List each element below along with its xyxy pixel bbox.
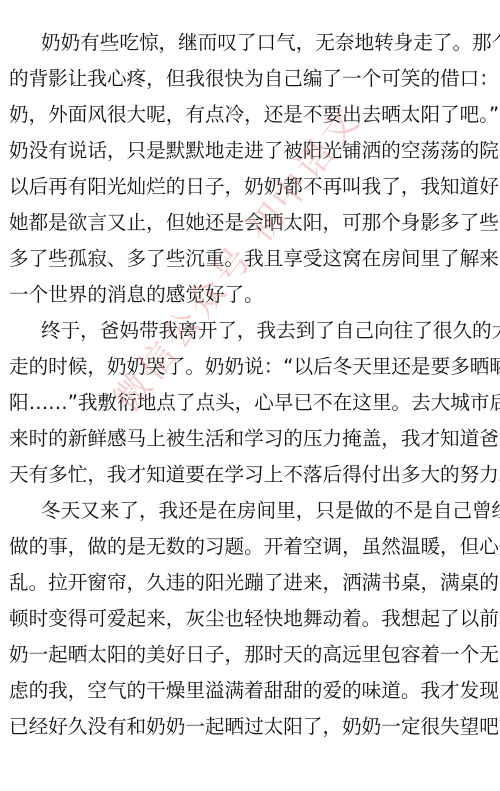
text-line-16: 乱。拉开窗帘，久违的阳光蹦了进来，洒满书桌，满桌的习题 — [9, 565, 493, 601]
text-line-4: 奶没有说话，只是默默地走进了被阳光铺洒的空荡荡的院子里。 — [9, 133, 493, 169]
text-line-3: 奶，外面风很大呢，有点冷，还是不要出去晒太阳了吧。”奶 — [9, 97, 493, 133]
text-line-17: 顿时变得可爱起来，灰尘也轻快地舞动着。我想起了以前和奶 — [9, 601, 493, 637]
document-body: 奶奶有些吃惊，继而叹了口气，无奈地转身走了。那个无奈 的背影让我心疼，但我很快为… — [9, 25, 493, 745]
text-line-9: 终于，爸妈带我离开了，我去到了自己向往了很久的大城市， — [9, 313, 493, 349]
text-line-15: 做的事，做的是无数的习题。开着空调，虽然温暖，但心烦意 — [9, 529, 493, 565]
text-line-2: 的背影让我心疼，但我很快为自己编了一个可笑的借口：“奶 — [9, 61, 493, 97]
text-line-10: 走的时候，奶奶哭了。奶奶说：“以后冬天里还是要多晒晒太 — [9, 349, 493, 385]
text-line-8: 一个世界的消息的感觉好了。 — [9, 277, 493, 313]
text-line-19: 虑的我，空气的干燥里溢满着甜甜的爱的味道。我才发现自己 — [9, 673, 493, 709]
text-line-12: 来时的新鲜感马上被生活和学习的压力掩盖，我才知道爸妈每 — [9, 421, 493, 457]
text-line-6: 她都是欲言又止，但她还是会晒太阳，可那个身影多了些苍老、 — [9, 205, 493, 241]
text-line-1: 奶奶有些吃惊，继而叹了口气，无奈地转身走了。那个无奈 — [9, 25, 493, 61]
text-line-11: 阳……”我敷衍地点了点头，心早已不在这里。去大城市后，刚 — [9, 385, 493, 421]
text-line-20: 已经好久没有和奶奶一起晒过太阳了，奶奶一定很失望吧？ — [9, 709, 493, 745]
text-line-14: 冬天又来了，我还是在房间里，只是做的不是自己曾经喜欢 — [9, 493, 493, 529]
text-line-5: 以后再有阳光灿烂的日子，奶奶都不再叫我了，我知道好多次 — [9, 169, 493, 205]
text-line-18: 奶一起晒太阳的美好日子，那时天的高远里包容着一个无忧无 — [9, 637, 493, 673]
text-line-7: 多了些孤寂、多了些沉重。我且享受这窝在房间里了解来自另 — [9, 241, 493, 277]
text-line-13: 天有多忙，我才知道要在学习上不落后得付出多大的努力。 — [9, 457, 493, 493]
